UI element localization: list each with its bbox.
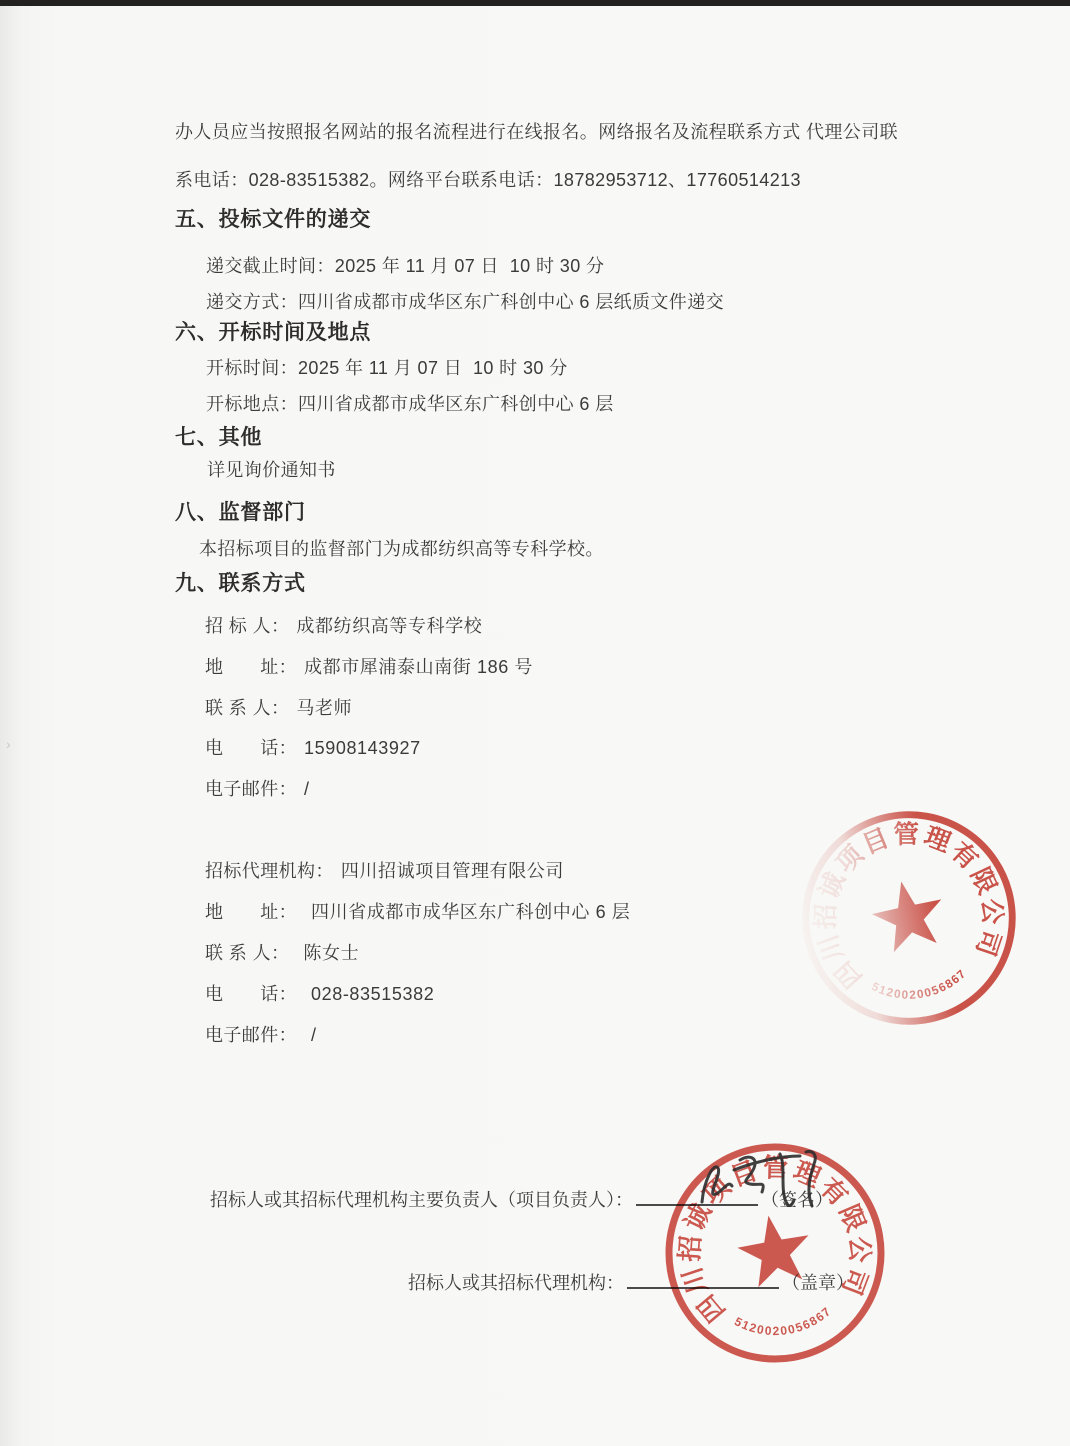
row-label: 地 址： [205,657,297,677]
intro-line-2: 系电话：028-83515382。网络平台联系电话：18782953712、17… [175,166,801,192]
stamp-serial-text: 5120020056867 [730,1298,837,1347]
tenderer-row-phone: 电 话：15908143927 [205,734,421,760]
star-icon [867,874,950,955]
section-heading-9: 九、联系方式 [175,567,306,597]
agency-row-name: 招标代理机构：四川招诚项目管理有限公司 [205,857,564,883]
scan-edge-bar [0,0,1070,6]
document-page: › 办人员应当按照报名网站的报名流程进行在线报名。网络报名及流程联系方式 代理公… [0,0,1070,1446]
scan-artifact: › [6,736,11,752]
seal-line-label: 招标人或其招标代理机构： [408,1269,624,1295]
row-value: 马老师 [296,698,352,718]
row-label: 地 址： [205,902,297,922]
signature-line-label: 招标人或其招标代理机构主要负责人（项目负责人）： [210,1186,633,1212]
row-value: 028-83515382 [311,984,434,1004]
stamp-serial-text: 5120020056867 [867,960,972,1011]
agency-row-address: 地 址：四川省成都市成华区东广科创中心 6 层 [205,898,630,924]
row-value: 四川招诚项目管理有限公司 [341,861,564,881]
company-seal-stamp-top: 四川招诚项目管理有限公司 5120020056867 [769,778,1049,1058]
agency-row-email: 电子邮件：/ [205,1021,317,1047]
section5-line-1: 递交截止时间：2025 年 11 月 07 日 10 时 30 分 [206,252,604,278]
handwritten-signature [688,1140,848,1230]
row-label: 电 话： [205,984,297,1004]
row-value: 四川省成都市成华区东广科创中心 6 层 [311,902,630,922]
tenderer-row-email: 电子邮件：/ [205,775,310,801]
section-heading-5: 五、投标文件的递交 [175,203,371,233]
section8-line-1: 本招标项目的监督部门为成都纺织高等专科学校。 [199,535,604,561]
tenderer-row-contact: 联 系 人：马老师 [205,694,352,720]
section6-line-1: 开标时间：2025 年 11 月 07 日 10 时 30 分 [206,354,568,380]
section5-line-2: 递交方式：四川省成都市成华区东广科创中心 6 层纸质文件递交 [206,288,724,314]
section-heading-8: 八、监督部门 [175,496,306,526]
row-label: 招 标 人： [205,616,289,636]
row-value: / [311,1025,317,1045]
row-label: 电子邮件： [205,1025,297,1045]
section7-line-1: 详见询价通知书 [207,456,336,482]
agency-row-phone: 电 话：028-83515382 [205,980,434,1006]
row-value: 成都纺织高等专科学校 [296,616,482,636]
intro-line-1: 办人员应当按照报名网站的报名流程进行在线报名。网络报名及流程联系方式 代理公司联 [175,118,898,144]
agency-row-contact: 联 系 人：陈女士 [205,939,359,965]
tenderer-row-address: 地 址：成都市犀浦泰山南街 186 号 [205,653,533,679]
row-label: 联 系 人： [205,943,289,963]
section6-line-2: 开标地点：四川省成都市成华区东广科创中心 6 层 [206,390,614,416]
section-heading-6: 六、开标时间及地点 [175,316,371,346]
section-heading-7: 七、其他 [175,421,262,451]
row-value: 15908143927 [304,738,421,758]
row-value: 陈女士 [303,943,359,963]
row-label: 电 话： [205,738,297,758]
row-label: 联 系 人： [205,698,289,718]
row-value: / [304,779,310,799]
row-value: 成都市犀浦泰山南街 186 号 [304,657,533,677]
tenderer-row-name: 招 标 人：成都纺织高等专科学校 [205,612,482,638]
row-label: 电子邮件： [205,779,297,799]
row-label: 招标代理机构： [205,861,334,881]
